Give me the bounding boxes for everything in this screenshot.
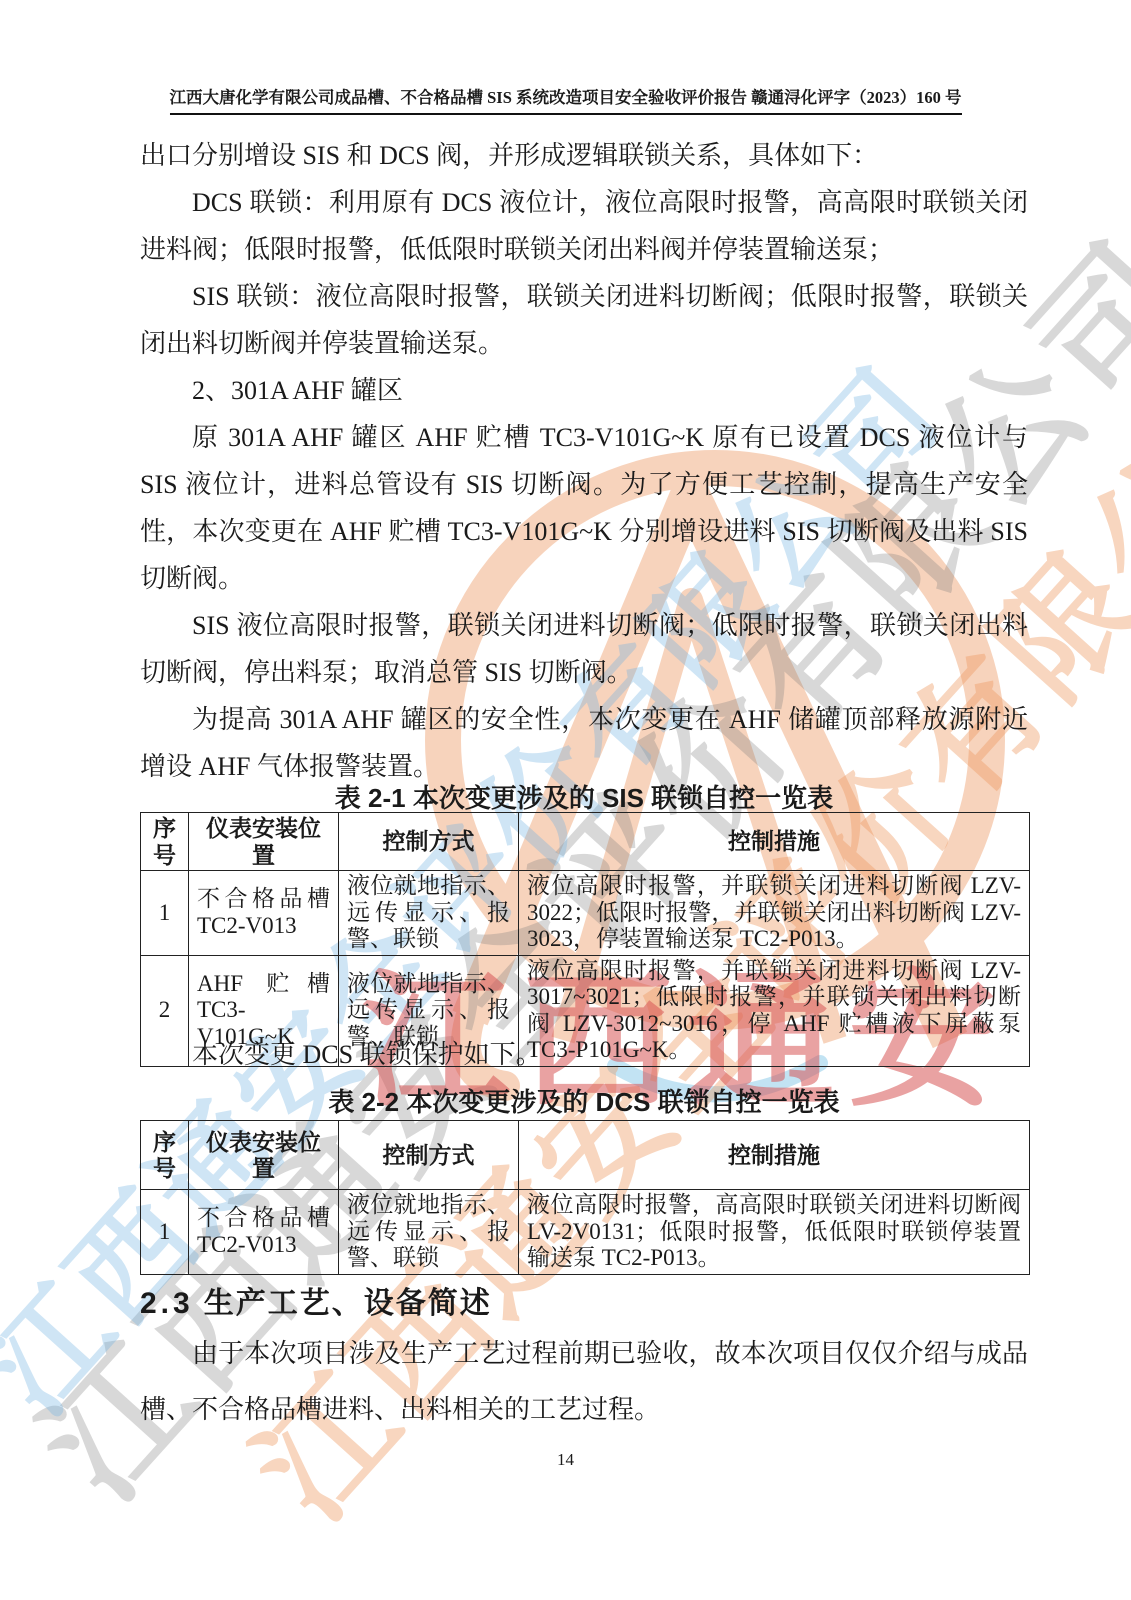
col-header-seq: 序号 bbox=[141, 813, 189, 871]
cell-seq: 1 bbox=[141, 1190, 189, 1275]
cell-location: 不合格品槽 TC2-V013 bbox=[189, 871, 339, 956]
table-2-2-title: 表 2-2 本次变更涉及的 DCS 联锁自控一览表 bbox=[140, 1082, 1028, 1119]
paragraph-sis-alarm: SIS 液位高限时报警，联锁关闭进料切断阀；低限时报警，联锁关闭出料切断阀，停出… bbox=[140, 602, 1028, 696]
table-row: 1 不合格品槽 TC2-V013 液位就地指示、远传显示、报警、联锁 液位高限时… bbox=[141, 871, 1030, 956]
table-2-1-title: 表 2-1 本次变更涉及的 SIS 联锁自控一览表 bbox=[140, 778, 1028, 815]
table-2-2-header-row: 序号 仪表安装位置 控制方式 控制措施 bbox=[141, 1121, 1030, 1190]
cell-control-mode: 液位就地指示、远传显示、报警、联锁 bbox=[339, 871, 519, 956]
document-page: 江西通安全评价有限公司 江西通安全评价有限公司 江西通安全评价有限公司 江西通安… bbox=[0, 0, 1131, 1600]
cell-seq: 1 bbox=[141, 871, 189, 956]
col-header-control-measure: 控制措施 bbox=[519, 813, 1030, 871]
page-content: 江西大唐化学有限公司成品槽、不合格品槽 SIS 系统改造项目安全验收评价报告 赣… bbox=[0, 0, 1131, 1600]
col-header-control-mode: 控制方式 bbox=[339, 813, 519, 871]
cell-location: 不合格品槽 TC2-V013 bbox=[189, 1190, 339, 1275]
paragraph-dcs-interlock: DCS 联锁：利用原有 DCS 液位计，液位高限时报警，高高限时联锁关闭进料阀；… bbox=[140, 179, 1028, 273]
col-header-location: 仪表安装位置 bbox=[189, 813, 339, 871]
paragraph-301a-heading: 2、301A AHF 罐区 bbox=[140, 367, 1028, 414]
paragraph-301a-detail: 原 301A AHF 罐区 AHF 贮槽 TC3-V101G~K 原有已设置 D… bbox=[140, 414, 1028, 602]
table-2-2-dcs-interlock: 序号 仪表安装位置 控制方式 控制措施 1 不合格品槽 TC2-V013 液位就… bbox=[140, 1120, 1030, 1275]
table-row: 1 不合格品槽 TC2-V013 液位就地指示、远传显示、报警、联锁 液位高限时… bbox=[141, 1190, 1030, 1275]
col-header-control-mode: 控制方式 bbox=[339, 1121, 519, 1190]
paragraph-interlock-intro: 出口分别增设 SIS 和 DCS 阀，并形成逻辑联锁关系，具体如下： bbox=[140, 132, 1028, 179]
paragraph-ahf-gas-alarm: 为提高 301A AHF 罐区的安全性，本次变更在 AHF 储罐顶部释放源附近增… bbox=[140, 696, 1028, 790]
col-header-seq: 序号 bbox=[141, 1121, 189, 1190]
table-2-1-sis-interlock: 序号 仪表安装位置 控制方式 控制措施 1 不合格品槽 TC2-V013 液位就… bbox=[140, 812, 1030, 1067]
section-title: 生产工艺、设备简述 bbox=[204, 1287, 492, 1320]
body-text-block: 出口分别增设 SIS 和 DCS 阀，并形成逻辑联锁关系，具体如下： DCS 联… bbox=[140, 132, 1028, 790]
section-heading-2-3: 2.3生产工艺、设备简述 bbox=[140, 1278, 492, 1322]
section-number: 2.3 bbox=[140, 1287, 194, 1320]
paragraph-process-intro: 由于本次项目涉及生产工艺过程前期已验收，故本次项目仅仅介绍与成品槽、不合格品槽进… bbox=[140, 1326, 1028, 1438]
table-2-1-header-row: 序号 仪表安装位置 控制方式 控制措施 bbox=[141, 813, 1030, 871]
cell-control-measure: 液位高限时报警，并联锁关闭进料切断阀 LZV-3022；低限时报警，并联锁关闭出… bbox=[519, 871, 1030, 956]
col-header-location: 仪表安装位置 bbox=[189, 1121, 339, 1190]
cell-control-measure: 液位高限时报警，高高限时联锁关闭进料切断阀 LV-2V0131；低限时报警，低低… bbox=[519, 1190, 1030, 1275]
document-header: 江西大唐化学有限公司成品槽、不合格品槽 SIS 系统改造项目安全验收评价报告 赣… bbox=[169, 84, 961, 115]
cell-control-mode: 液位就地指示、远传显示、报警、联锁 bbox=[339, 1190, 519, 1275]
paragraph-dcs-protection: 本次变更 DCS 联锁保护如下。 bbox=[140, 1038, 1028, 1072]
page-number: 14 bbox=[557, 1450, 574, 1470]
paragraph-sis-interlock: SIS 联锁：液位高限时报警，联锁关闭进料切断阀；低限时报警，联锁关闭出料切断阀… bbox=[140, 273, 1028, 367]
col-header-control-measure: 控制措施 bbox=[519, 1121, 1030, 1190]
